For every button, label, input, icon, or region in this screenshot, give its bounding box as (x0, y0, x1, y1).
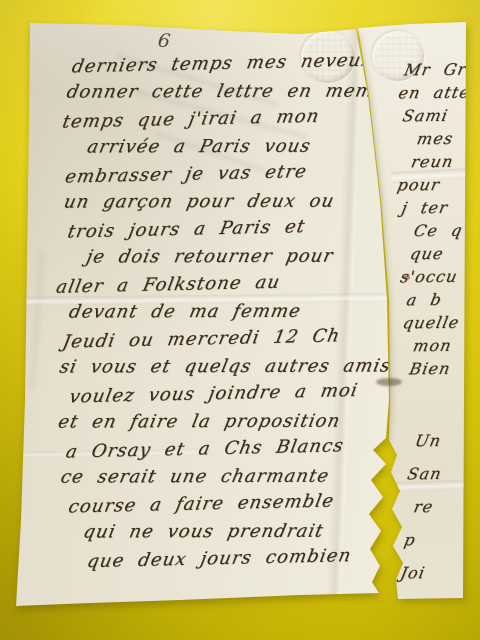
left-leaf-wrapper: 6 derniers temps mes neveuxdonner cette … (0, 0, 480, 640)
ink-smudge (376, 378, 402, 386)
handwriting-line: course a faire ensemble (51, 486, 397, 521)
handwriting-line: Jeudi ou mercredi 12 Ch (49, 321, 395, 356)
handwriting-line: embrasser je vas etre (48, 156, 394, 191)
handwriting-line: trois jours a Paris et (48, 211, 394, 246)
handwriting-line: derniers temps mes neveux (46, 46, 392, 81)
handwriting-line: a Orsay et a Chs Blancs (50, 431, 396, 466)
ink-showthrough (29, 250, 45, 390)
handwriting-line: aller a Folkstone au (49, 266, 395, 301)
handwriting-line: que deux jours combien (52, 541, 398, 576)
letter-left-page: 6 derniers temps mes neveuxdonner cette … (0, 0, 480, 640)
photo-of-handwritten-letter: Mr Gren atteSamimesreunpourj terCe qques… (0, 0, 480, 640)
page-number-mark: 6 (157, 29, 172, 52)
handwriting-line: voulez vous joindre a moi (50, 376, 396, 411)
ink-spot (404, 275, 410, 280)
handwriting-line: temps que j'irai a mon (47, 101, 393, 136)
left-page-handwriting: derniers temps mes neveuxdonner cette le… (49, 48, 394, 574)
